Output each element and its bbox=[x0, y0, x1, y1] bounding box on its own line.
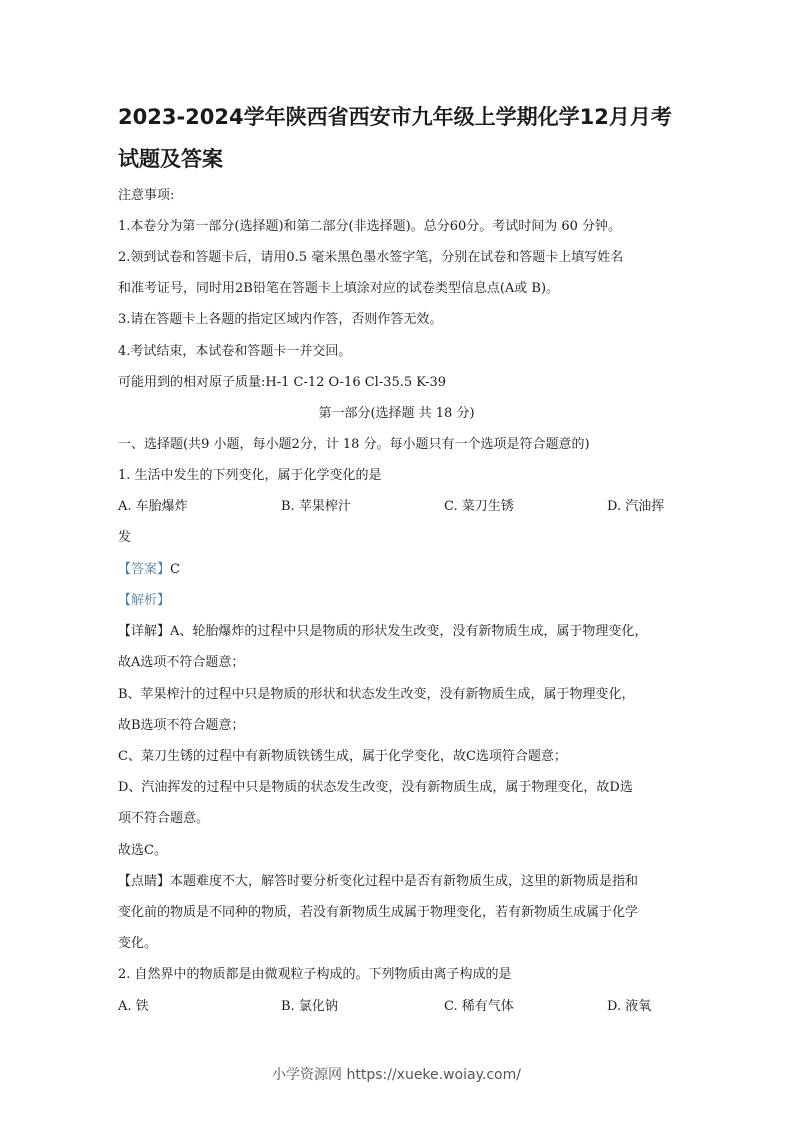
q1-detail-line-2: 故A选项不符合题意； bbox=[118, 654, 244, 672]
q1-detail-line-5: C、菜刀生锈的过程中有新物质铁锈生成，属于化学变化，故C选项符合题意； bbox=[118, 748, 567, 766]
q2-option-a: A. 铁 bbox=[118, 998, 149, 1016]
detail-text: A、轮胎爆炸的过程中只是物质的形状发生改变，没有新物质生成，属于物理变化， bbox=[170, 624, 647, 639]
q1-stem: 1. 生活中发生的下列变化，属于化学变化的是 bbox=[118, 467, 382, 485]
notice-item-2: 2.领到试卷和答题卡后，请用0.5 毫米黑色墨水签字笔，分别在试卷和答题卡上填写… bbox=[118, 249, 623, 267]
q1-answer-line: 【答案】C bbox=[118, 561, 180, 579]
notice-heading: 注意事项: bbox=[118, 187, 174, 205]
q1-comment-line-2: 变化前的物质是不同种的物质，若没有新物质生成属于物理变化，若有新物质生成属于化学 bbox=[118, 904, 638, 922]
q2-stem: 2. 自然界中的物质都是由微观粒子构成的。下列物质由离子构成的是 bbox=[118, 966, 512, 984]
q1-conclusion: 故选C。 bbox=[118, 842, 167, 860]
notice-item-4: 4.考试结束，本试卷和答题卡一并交回。 bbox=[118, 343, 351, 361]
q1-analysis-line: 【解析】 bbox=[118, 592, 170, 610]
document-title-line2: 试题及答案 bbox=[118, 146, 678, 172]
q1-option-c: C. 菜刀生锈 bbox=[444, 498, 514, 516]
q1-detail-line-1: 【详解】A、轮胎爆炸的过程中只是物质的形状发生改变，没有新物质生成，属于物理变化… bbox=[118, 623, 647, 641]
notice-item-3: 3.请在答题卡上各题的指定区域内作答，否则作答无效。 bbox=[118, 311, 442, 329]
document-title-line1: 2023-2024学年陕西省西安市九年级上学期化学12月月考 bbox=[118, 104, 678, 130]
q1-option-a: A. 车胎爆炸 bbox=[118, 498, 188, 516]
q1-detail-line-3: B、苹果榨汁的过程中只是物质的形状和状态发生改变，没有新物质生成，属于物理变化， bbox=[118, 686, 635, 704]
q1-option-d-wrap: 发 bbox=[118, 529, 131, 547]
q1-option-d: D. 汽油挥 bbox=[607, 498, 664, 516]
q1-comment-line-1: 【点睛】本题难度不大，解答时要分析变化过程中是否有新物质生成，这里的新物质是指和 bbox=[118, 873, 638, 891]
answer-tag: 【答案】 bbox=[118, 562, 170, 577]
q1-comment-line-3: 变化。 bbox=[118, 935, 157, 953]
q1-option-b: B. 苹果榨汁 bbox=[281, 498, 351, 516]
detail-tag: 【详解】 bbox=[118, 624, 170, 639]
q2-option-c: C. 稀有气体 bbox=[444, 998, 514, 1016]
analysis-tag: 【解析】 bbox=[118, 593, 170, 608]
q1-detail-line-7: 项不符合题意。 bbox=[118, 810, 209, 828]
notice-item-1: 1.本卷分为第一部分(选择题)和第二部分(非选择题)。总分60分。考试时间为 6… bbox=[118, 218, 621, 236]
q2-option-d: D. 液氧 bbox=[607, 998, 651, 1016]
part1-heading: 第一部分(选择题 共 18 分) bbox=[0, 405, 793, 423]
q2-option-b: B. 氯化钠 bbox=[281, 998, 338, 1016]
notice-item-2-cont: 和准考证号，同时用2B铅笔在答题卡上填涂对应的试卷类型信息点(A或 B)。 bbox=[118, 280, 559, 298]
q1-detail-line-6: D、汽油挥发的过程中只是物质的状态发生改变，没有新物质生成，属于物理变化，故D选 bbox=[118, 779, 633, 797]
document-page: 2023-2024学年陕西省西安市九年级上学期化学12月月考 试题及答案 注意事… bbox=[0, 0, 793, 1122]
comment-text: 本题难度不大，解答时要分析变化过程中是否有新物质生成，这里的新物质是指和 bbox=[170, 874, 638, 889]
answer-value: C bbox=[170, 562, 180, 577]
section-heading: 一、选择题(共9 小题，每小题2分，计 18 分。每小题只有一个选项是符合题意的… bbox=[118, 436, 590, 454]
comment-tag: 【点睛】 bbox=[118, 874, 170, 889]
footer-watermark: 小学资源网 https://xueke.woiay.com/ bbox=[0, 1064, 793, 1084]
atomic-mass-line: 可能用到的相对原子质量:H-1 C-12 O-16 Cl-35.5 K-39 bbox=[118, 374, 446, 392]
q1-detail-line-4: 故B选项不符合题意； bbox=[118, 717, 245, 735]
